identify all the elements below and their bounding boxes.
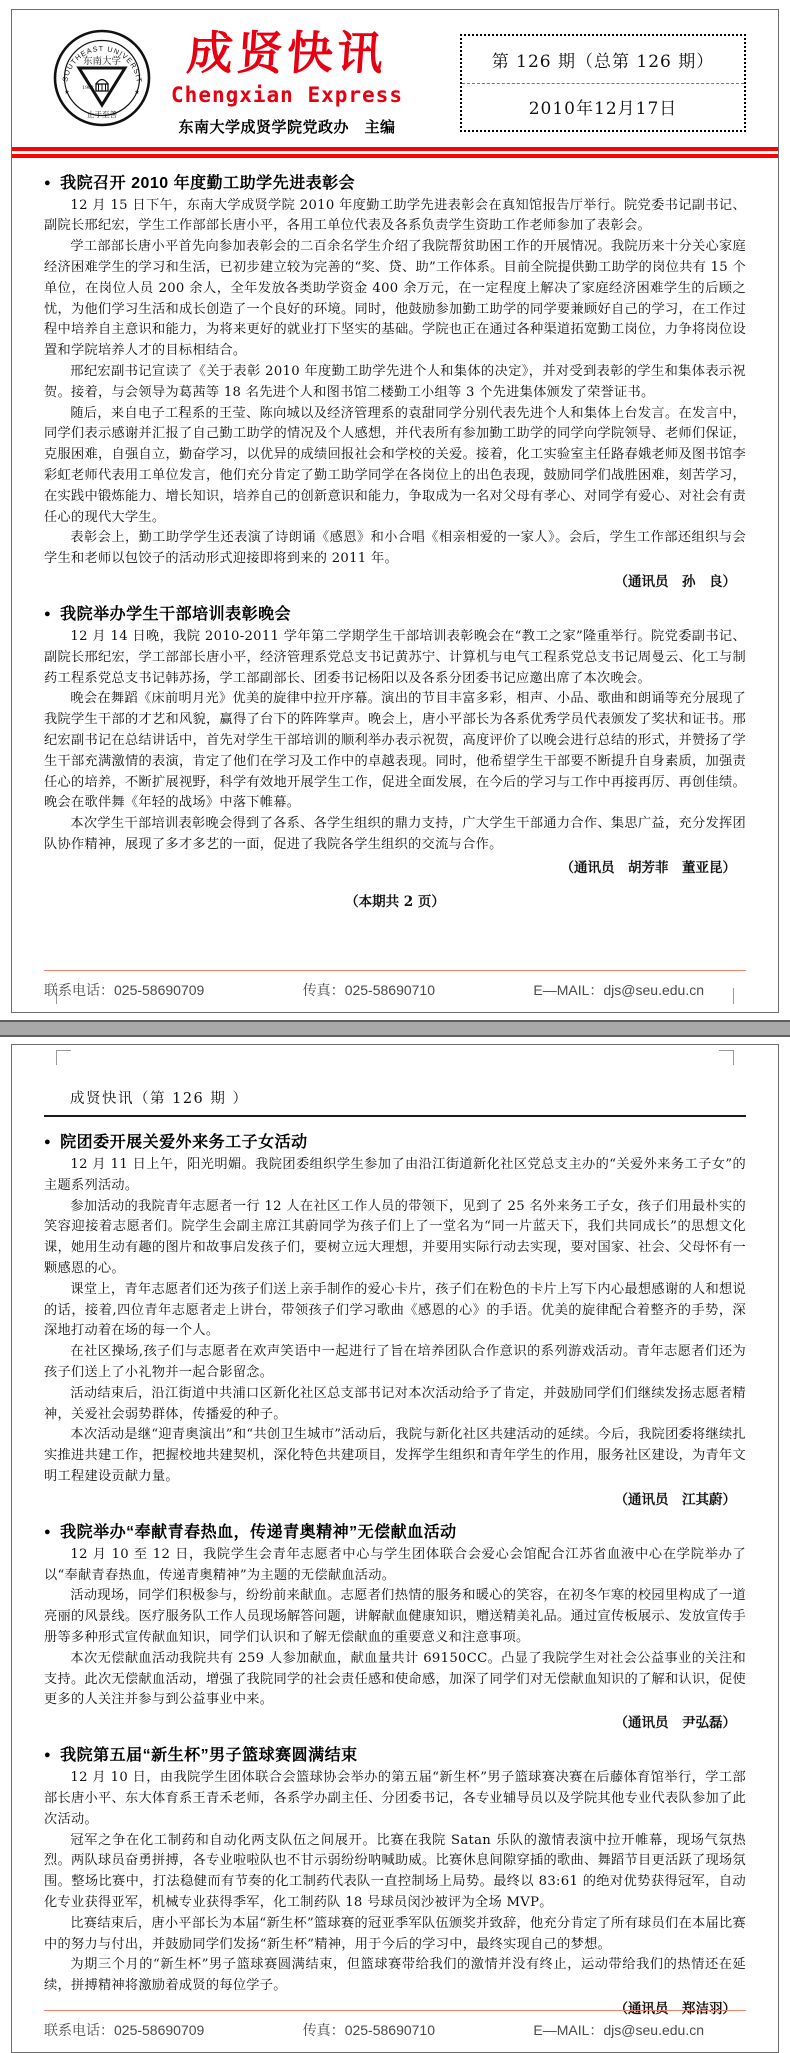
article-title: ●我院召开 2010 年度勤工助学先进表彰会 — [44, 170, 746, 193]
red-double-rule — [12, 147, 778, 158]
page-break-band — [0, 1020, 790, 1037]
publisher-line: 东南大学成贤学院党政办 主编 — [162, 116, 412, 137]
footer-contacts: 联系电话：025-58690709 传真：025-58690710 E—MAIL… — [44, 2020, 704, 2040]
article-blood-donation: ●我院举办“奉献青春热血，传递青奥精神”无偿献血活动 12 月 10 至 12 … — [44, 1519, 746, 1735]
article-paragraph: 为期三个月的“新生杯”男子篮球赛圆满结束，但篮球赛带给我们的激情并没有终止，运动… — [44, 1955, 746, 1997]
article-paragraph: 本次无偿献血活动我院共有 259 人参加献血，献血量共计 69150CC。凸显了… — [44, 1649, 746, 1711]
document-canvas: SOUTHEAST UNIVERSITY 东南大学 1902 止于至善 ★ ★ … — [0, 9, 790, 2053]
article-byline: （通讯员 江其蔚） — [44, 1488, 746, 1512]
article-byline: （通讯员 胡芳菲 董亚昆） — [44, 856, 746, 880]
phone-value: 025-58690709 — [114, 982, 204, 998]
article-paragraph: 活动结束后，沿江街道中共浦口区新化社区总支部书记对本次活动给予了肯定，并鼓励同学… — [44, 1384, 746, 1426]
article-paragraph: 晚会在舞蹈《床前明月光》优美的旋律中拉开序幕。演出的节目丰富多彩，相声、小品、歌… — [44, 689, 746, 814]
running-header-rule — [44, 1115, 746, 1117]
article-title-text: 院团委开展关爱外来务工子女活动 — [60, 1134, 308, 1151]
newsletter-page-1: SOUTHEAST UNIVERSITY 东南大学 1902 止于至善 ★ ★ … — [11, 9, 779, 1013]
seal-motto: 止于至善 — [87, 109, 117, 119]
bullet-icon: ● — [44, 608, 51, 620]
article-title-text: 我院举办“奉献青春热血，传递青奥精神”无偿献血活动 — [60, 1524, 457, 1541]
article-paragraph: 在社区操场,孩子们与志愿者在欢声笑语中一起进行了旨在培养团队合作意识的系列游戏活… — [44, 1342, 746, 1384]
seal-year: 1902 — [82, 85, 94, 91]
pages-count-note: （本期共 2 页） — [44, 890, 746, 910]
page1-articles: ●我院召开 2010 年度勤工助学先进表彰会 12 月 15 日下午，东南大学成… — [44, 170, 746, 910]
page-footer: 联系电话：025-58690709 传真：025-58690710 E—MAIL… — [44, 2010, 746, 2040]
article-byline: （通讯员 孙 良） — [44, 570, 746, 594]
seal-icon: SOUTHEAST UNIVERSITY 东南大学 1902 止于至善 ★ ★ — [52, 28, 152, 128]
article-award-meeting: ●我院召开 2010 年度勤工助学先进表彰会 12 月 15 日下午，东南大学成… — [44, 170, 746, 594]
masthead-titles: 成贤快讯 Chengxian Express 东南大学成贤学院党政办 主编 — [162, 28, 412, 137]
article-paragraph: 学工部部长唐小平首先向参加表彰会的二百余名学生介绍了我院帮贫助困工作的开展情况。… — [44, 237, 746, 362]
issue-number: 第 126 期（总第 126 期） — [462, 36, 744, 84]
article-title: ●院团委开展关爱外来务工子女活动 — [44, 1129, 746, 1152]
bullet-icon: ● — [44, 1526, 51, 1538]
contact-fax: 传真：025-58690710 — [303, 2020, 435, 2040]
article-title-text: 我院召开 2010 年度勤工助学先进表彰会 — [60, 175, 355, 192]
phone-label: 联系电话： — [44, 982, 114, 998]
contact-email: E—MAIL：djs@seu.edu.cn — [533, 2020, 704, 2040]
article-paragraph: 活动现场，同学们积极参与，纷纷前来献血。志愿者们热情的服务和暖心的笑容，在初冬乍… — [44, 1586, 746, 1648]
contact-phone: 联系电话：025-58690709 — [44, 2020, 204, 2040]
article-paragraph: 12 月 14 日晚，我院 2010-2011 学年第二学期学生干部培训表彰晚会… — [44, 627, 746, 689]
page-footer: 联系电话：025-58690709 传真：025-58690710 E—MAIL… — [44, 970, 746, 1000]
footer-divider — [44, 2010, 746, 2011]
email-value: djs@seu.edu.cn — [603, 982, 704, 998]
article-migrant-children: ●院团委开展关爱外来务工子女活动 12 月 11 日上午，阳光明媚。我院团委组织… — [44, 1129, 746, 1512]
seal-name-cn: 东南大学 — [83, 55, 122, 67]
bullet-icon: ● — [44, 1136, 51, 1148]
article-cadre-gala: ●我院举办学生干部培训表彰晚会 12 月 14 日晚，我院 2010-2011 … — [44, 601, 746, 880]
bullet-icon: ● — [44, 1749, 51, 1761]
article-paragraph: 比赛结束后，唐小平部长为本届“新生杯”篮球赛的冠亚季军队伍颁奖并致辞，他充分肯定… — [44, 1914, 746, 1956]
article-paragraph: 冠军之争在化工制药和自动化两支队伍之间展开。比赛在我院 Satan 乐队的激情表… — [44, 1831, 746, 1914]
newsletter-page-2: 成贤快讯（第 126 期 ） ●院团委开展关爱外来务工子女活动 12 月 11 … — [11, 1044, 779, 2053]
article-paragraph: 本次活动是继“迎青奥演出”和“共创卫生城市”活动后，我院与新化社区共建活动的延续… — [44, 1425, 746, 1487]
newsletter-title-en: Chengxian Express — [162, 83, 412, 107]
article-paragraph: 课堂上，青年志愿者们还为孩子们送上亲手制作的爱心卡片，孩子们在粉色的卡片上写下内… — [44, 1280, 746, 1342]
page2-articles: ●院团委开展关爱外来务工子女活动 12 月 11 日上午，阳光明媚。我院团委组织… — [44, 1129, 746, 2021]
footer-contacts: 联系电话：025-58690709 传真：025-58690710 E—MAIL… — [44, 980, 704, 1000]
article-title: ●我院举办学生干部培训表彰晚会 — [44, 601, 746, 624]
contact-fax: 传真：025-58690710 — [303, 980, 435, 1000]
fax-value: 025-58690710 — [345, 2022, 435, 2038]
fax-label: 传真： — [303, 2022, 345, 2038]
contact-email: E—MAIL：djs@seu.edu.cn — [533, 980, 704, 1000]
article-paragraph: 12 月 10 至 12 日，我院学生会青年志愿者中心与学生团体联合会爱心会馆配… — [44, 1545, 746, 1587]
article-paragraph: 参加活动的我院青年志愿者一行 12 人在社区工作人员的带领下，见到了 25 名外… — [44, 1197, 746, 1280]
article-title: ●我院举办“奉献青春热血，传递青奥精神”无偿献血活动 — [44, 1519, 746, 1542]
newsletter-title-cn: 成贤快讯 — [160, 28, 414, 79]
university-seal-logo: SOUTHEAST UNIVERSITY 东南大学 1902 止于至善 ★ ★ — [52, 28, 152, 128]
article-paragraph: 12 月 15 日下午，东南大学成贤学院 2010 年度勤工助学先进表彰会在真知… — [44, 196, 746, 238]
bullet-icon: ● — [44, 177, 51, 189]
article-paragraph: 12 月 10 日，由我院学生团体联合会篮球协会举办的第五届“新生杯”男子篮球赛… — [44, 1768, 746, 1830]
contact-phone: 联系电话：025-58690709 — [44, 980, 204, 1000]
email-value: djs@seu.edu.cn — [603, 2022, 704, 2038]
phone-value: 025-58690709 — [114, 2022, 204, 2038]
article-title: ●我院第五届“新生杯”男子篮球赛圆满结束 — [44, 1742, 746, 1765]
footer-divider — [44, 970, 746, 971]
article-paragraph: 邢纪宏副书记宣读了《关于表彰 2010 年度勤工助学先进个人和集体的决定》，并对… — [44, 362, 746, 404]
article-title-text: 我院举办学生干部培训表彰晚会 — [60, 606, 291, 623]
phone-label: 联系电话： — [44, 2022, 114, 2038]
seal-star-right-icon: ★ — [134, 89, 139, 96]
article-paragraph: 随后，来自电子工程系的王莹、陈向城以及经济管理系的袁甜同学分别代表先进个人和集体… — [44, 404, 746, 529]
crop-mark-top-right — [719, 1050, 734, 1065]
masthead: SOUTHEAST UNIVERSITY 东南大学 1902 止于至善 ★ ★ … — [44, 10, 746, 137]
article-title-text: 我院第五届“新生杯”男子篮球赛圆满结束 — [60, 1747, 358, 1764]
running-header: 成贤快讯（第 126 期 ） — [70, 1087, 746, 1108]
issue-info-box: 第 126 期（总第 126 期） 2010年12月17日 — [460, 34, 746, 132]
crop-mark-top-left — [56, 1050, 71, 1065]
fax-value: 025-58690710 — [345, 982, 435, 998]
article-paragraph: 表彰会上，勤工助学学生还表演了诗朗诵《感恩》和小合唱《相亲相爱的一家人》。会后，… — [44, 528, 746, 570]
email-label: E—MAIL： — [533, 2022, 603, 2038]
fax-label: 传真： — [303, 982, 345, 998]
article-paragraph: 12 月 11 日上午，阳光明媚。我院团委组织学生参加了由沿江街道新化社区党总支… — [44, 1155, 746, 1197]
article-paragraph: 本次学生干部培训表彰晚会得到了各系、各学生组织的鼎力支持，广大学生干部通力合作、… — [44, 814, 746, 856]
article-basketball-cup: ●我院第五届“新生杯”男子篮球赛圆满结束 12 月 10 日，由我院学生团体联合… — [44, 1742, 746, 2021]
article-byline: （通讯员 尹弘磊） — [44, 1711, 746, 1735]
email-label: E—MAIL： — [533, 982, 603, 998]
seal-star-left-icon: ★ — [64, 89, 69, 96]
issue-date: 2010年12月17日 — [462, 84, 744, 131]
